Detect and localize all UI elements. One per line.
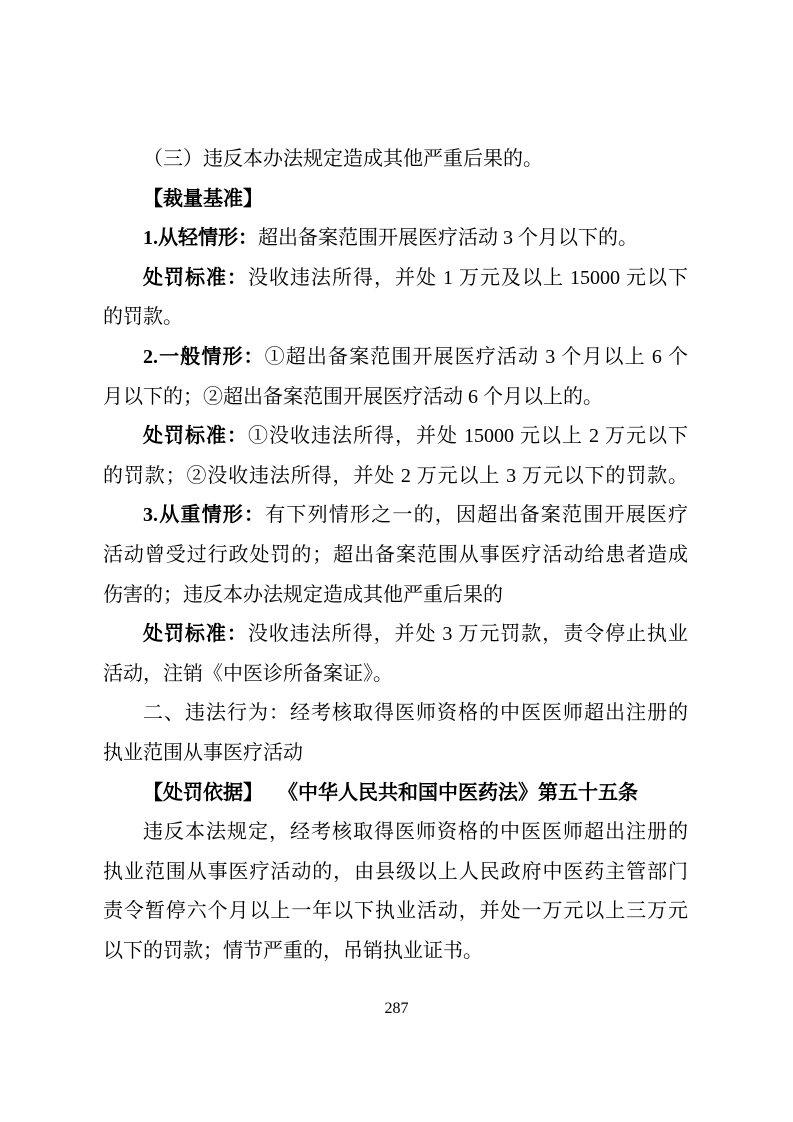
line-text: 伤害的；违反本办法规定造成其他严重后果的 (103, 584, 503, 606)
line-text: 没收违法所得，并处 3 万元罚款，责令停止执业 (248, 623, 688, 645)
text-line: 责令暂停六个月以上一年以下执业活动，并处一万元以上三万元 (103, 892, 688, 932)
text-line: 执业范围从事医疗活动的，由县级以上人民政府中医药主管部门 (103, 853, 688, 893)
line-text: 月以下的；②超出备案范围开展医疗活动 6 个月以上的。 (103, 386, 603, 408)
line-text: 二、违法行为：经考核取得医师资格的中医医师超出注册的 (143, 702, 688, 724)
text-line: 违反本法规定，经考核取得医师资格的中医医师超出注册的 (103, 813, 688, 853)
text-line: 的罚款；②没收违法所得，并处 2 万元以上 3 万元以下的罚款。 (103, 457, 688, 497)
text-line: 处罚标准：①没收违法所得，并处 15000 元以上 2 万元以下 (103, 417, 688, 457)
line-text: 违反本法规定，经考核取得医师资格的中医医师超出注册的 (143, 821, 688, 843)
line-lead: 处罚标准： (143, 267, 248, 289)
text-line: 2.一般情形：①超出备案范围开展医疗活动 3 个月以上 6 个 (103, 338, 688, 378)
line-text: 责令暂停六个月以上一年以下执业活动，并处一万元以上三万元 (103, 900, 688, 922)
text-line: 执业范围从事医疗活动 (103, 734, 688, 774)
line-text: 没收违法所得，并处 1 万元及以上 15000 元以下 (248, 267, 688, 289)
text-line: 【裁量基准】 (103, 180, 688, 220)
line-lead: 【裁量基准】 (143, 188, 263, 210)
text-line: 二、违法行为：经考核取得医师资格的中医医师超出注册的 (103, 694, 688, 734)
text-line: （三）违反本办法规定造成其他严重后果的。 (103, 140, 688, 180)
text-line: 伤害的；违反本办法规定造成其他严重后果的 (103, 576, 688, 616)
text-line: 活动，注销《中医诊所备案证》。 (103, 655, 688, 695)
line-text: 活动曾受过行政处罚的；超出备案范围从事医疗活动给患者造成 (103, 544, 688, 566)
line-text: ①没收违法所得，并处 15000 元以上 2 万元以下 (248, 425, 688, 447)
line-lead: 2.一般情形： (143, 346, 265, 368)
line-text: 的罚款。 (103, 306, 183, 328)
document-body: （三）违反本办法规定造成其他严重后果的。 【裁量基准】 1.从轻情形：超出备案范… (103, 140, 688, 971)
text-line: 1.从轻情形：超出备案范围开展医疗活动 3 个月以下的。 (103, 219, 688, 259)
line-text: 有下列情形之一的，因超出备案范围开展医疗 (265, 504, 688, 526)
line-text: 活动，注销《中医诊所备案证》。 (103, 663, 393, 685)
page-number: 287 (0, 1000, 793, 1018)
line-lead: 处罚标准： (143, 425, 248, 447)
line-lead: 1.从轻情形： (143, 227, 258, 249)
text-line: 月以下的；②超出备案范围开展医疗活动 6 个月以上的。 (103, 378, 688, 418)
text-line: 处罚标准：没收违法所得，并处 3 万元罚款，责令停止执业 (103, 615, 688, 655)
text-line: 处罚标准：没收违法所得，并处 1 万元及以上 15000 元以下 (103, 259, 688, 299)
line-text: （三）违反本办法规定造成其他严重后果的。 (143, 148, 543, 170)
text-line: 以下的罚款；情节严重的，吊销执业证书。 (103, 932, 688, 972)
text-line: 活动曾受过行政处罚的；超出备案范围从事医疗活动给患者造成 (103, 536, 688, 576)
document-page: （三）违反本办法规定造成其他严重后果的。 【裁量基准】 1.从轻情形：超出备案范… (0, 0, 793, 1122)
line-lead: 3.从重情形： (143, 504, 265, 526)
line-lead: 处罚标准： (143, 623, 248, 645)
line-text: ①超出备案范围开展医疗活动 3 个月以上 6 个 (265, 346, 688, 368)
line-lead: 【处罚依据】 《中华人民共和国中医药法》第五十五条 (143, 782, 638, 804)
text-line: 的罚款。 (103, 298, 688, 338)
line-text: 的罚款；②没收违法所得，并处 2 万元以上 3 万元以下的罚款。 (103, 465, 688, 487)
line-text: 超出备案范围开展医疗活动 3 个月以下的。 (258, 227, 638, 249)
text-line: 3.从重情形：有下列情形之一的，因超出备案范围开展医疗 (103, 496, 688, 536)
line-text: 以下的罚款；情节严重的，吊销执业证书。 (103, 940, 483, 962)
text-line: 【处罚依据】 《中华人民共和国中医药法》第五十五条 (103, 774, 688, 814)
line-text: 执业范围从事医疗活动 (103, 742, 303, 764)
line-text: 执业范围从事医疗活动的，由县级以上人民政府中医药主管部门 (103, 861, 688, 883)
